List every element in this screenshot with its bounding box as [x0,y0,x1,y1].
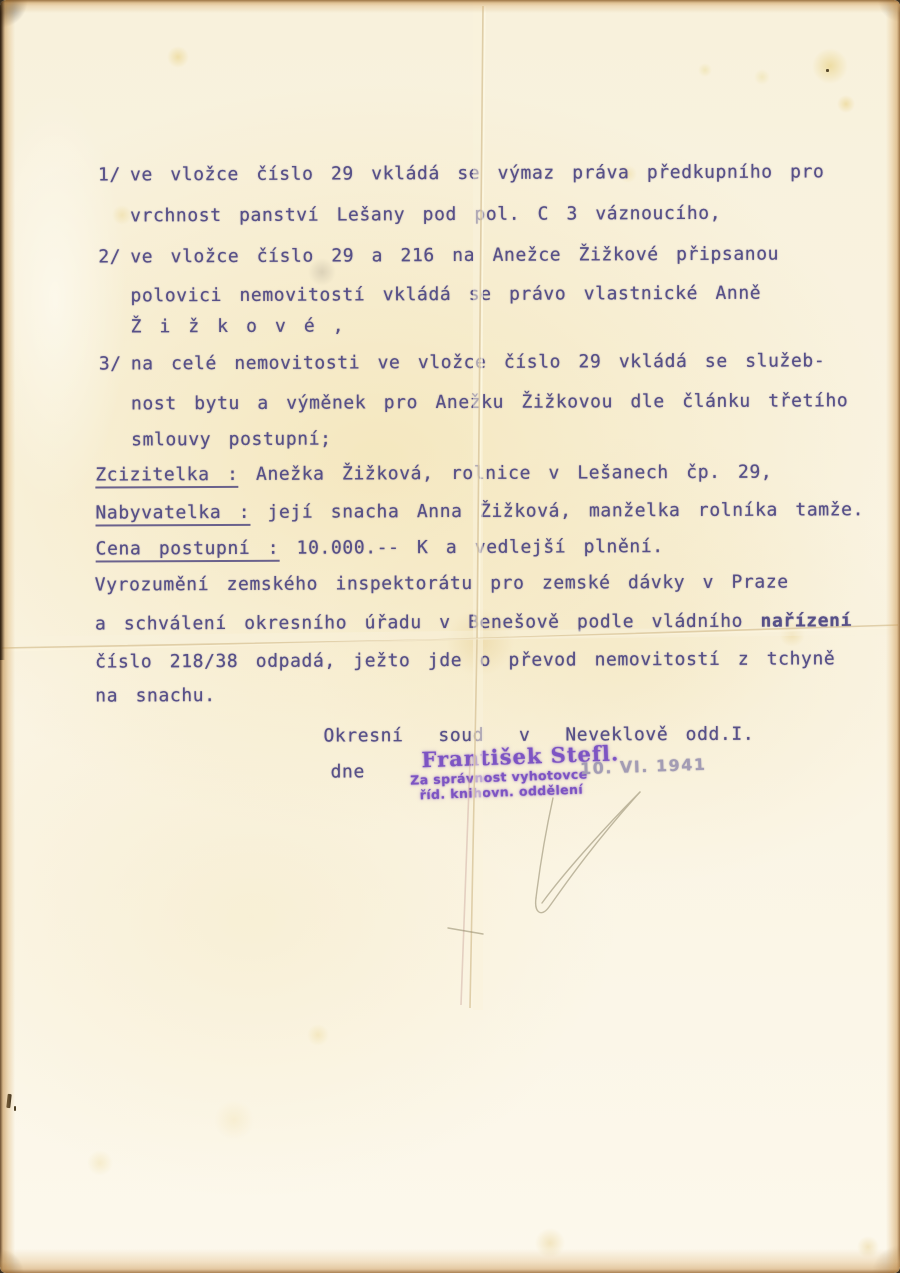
typewritten-text: 1/ve vložce číslo 29 vkládá se výmaz prá… [0,0,900,1273]
closing-text-2a: a schválení okresního úřadu v Benešově p… [95,611,761,635]
cena-line: Cena postupní : 10.000.-- K a vedlejší p… [96,536,664,560]
nabyvatelka-label: Nabyvatelka : [95,502,250,527]
item-2-line-3: Ž i ž k o v é , [131,315,345,338]
item-2-text-1: ve vložce číslo 29 a 216 na Anežce Žižko… [130,244,779,268]
closing-text-4: na snachu. [95,685,215,707]
item-3-line-1: 3/na celé nemovitosti ve vložce číslo 29… [99,350,826,375]
item-3-text-2: nost bytu a výměnek pro Anežku Žižkovou … [131,390,848,414]
zcizitelka-label: Zcizitelka : [95,464,238,489]
zcizitelka-text: Anežka Žižková, rolnice v Lešanech čp. 2… [238,462,772,485]
document-scan: 1/ve vložce číslo 29 vkládá se výmaz prá… [0,0,900,1273]
date-label-line: dne [331,761,365,783]
closing-line-3: číslo 218/38 odpadá, ježto jde o převod … [95,648,835,673]
zcizitelka-line: Zcizitelka : Anežka Žižková, rolnice v L… [95,462,772,487]
closing-text-1: Vyrozumění zemského inspektorátu pro zem… [95,572,789,596]
item-3-line-2: nost bytu a výměnek pro Anežku Žižkovou … [131,390,848,415]
item-3-line-3: smlouvy postupní; [131,429,332,452]
item-3-text-1: na celé nemovitosti ve vložce číslo 29 v… [131,350,826,374]
item-1-text-2: vrchnost panství Lešany pod pol. C 3 váz… [130,203,721,227]
cena-label: Cena postupní : [96,538,280,563]
cena-text: 10.000.-- K a vedlejší plnění. [279,536,664,559]
closing-line-2: a schválení okresního úřadu v Benešově p… [95,610,852,635]
closing-line-4: na snachu. [95,685,215,708]
item-1-line-2: vrchnost panství Lešany pod pol. C 3 váz… [130,203,721,228]
item-2-line-1: 2/ve vložce číslo 29 a 216 na Anežce Žiž… [98,244,779,269]
item-1-line-1: 1/ve vložce číslo 29 vkládá se výmaz prá… [98,161,825,186]
item-2-text-2: polovici nemovitostí vkládá se právo vla… [130,283,761,307]
closing-text-3: číslo 218/38 odpadá, ježto jde o převod … [95,648,835,672]
item-2-marker: 2/ [98,246,130,268]
item-1-text-1: ve vložce číslo 29 vkládá se výmaz práva… [130,161,825,185]
nabyvatelka-text: její snacha Anna Žižková, manželka rolní… [250,499,864,523]
date-label: dne [331,761,365,782]
item-1-marker: 1/ [98,164,130,186]
item-2-line-2: polovici nemovitostí vkládá se právo vla… [130,283,761,308]
nabyvatelka-line: Nabyvatelka : její snacha Anna Žižková, … [95,499,864,524]
closing-text-2b: nařízení [760,610,852,631]
item-2-text-3: Ž i ž k o v é , [131,315,345,337]
item-3-marker: 3/ [99,353,131,375]
closing-line-1: Vyrozumění zemského inspektorátu pro zem… [95,572,789,597]
item-3-text-3: smlouvy postupní; [131,429,332,451]
